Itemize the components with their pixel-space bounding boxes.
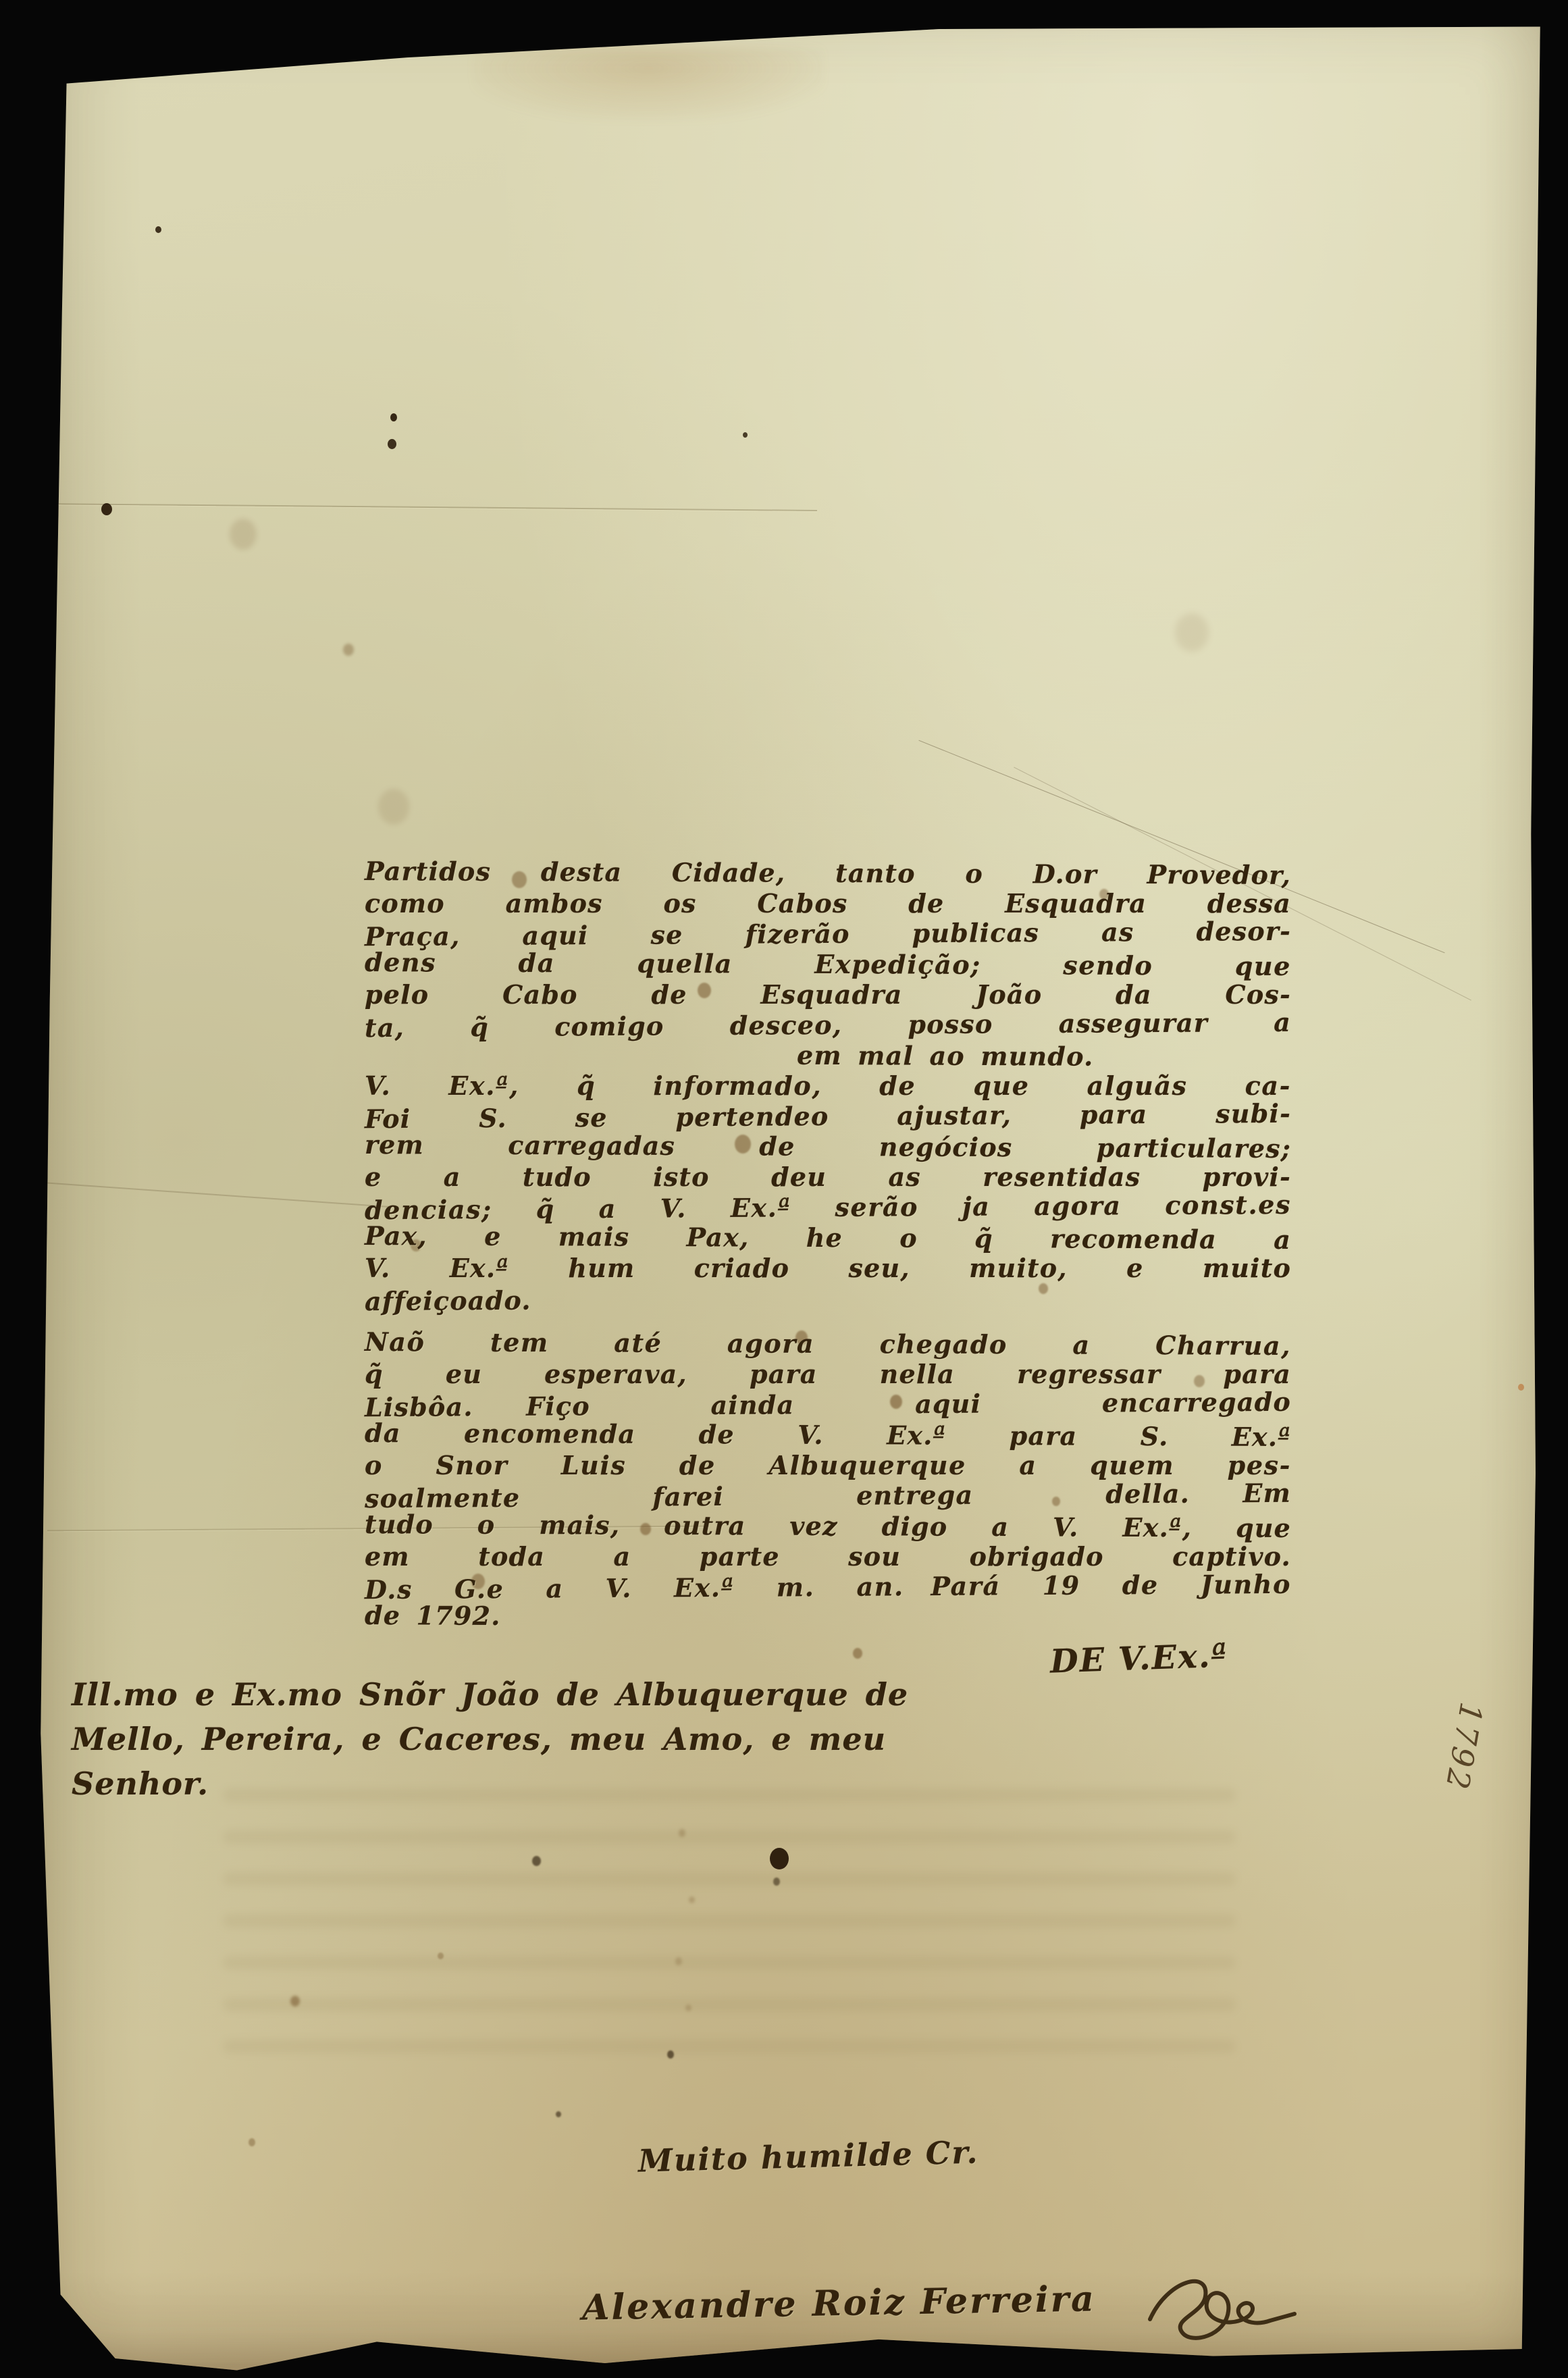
ink-stain	[679, 1829, 685, 1837]
address-line: Senhor.	[72, 1761, 1125, 1806]
verso-bleed-line	[223, 1998, 1236, 2011]
manuscript-line: e a tudo isto deu as resentidas provi-	[365, 1162, 1291, 1192]
margin-year-note: 1792	[1434, 1700, 1490, 1819]
manuscript-line: rem carregadas de negócios particulares;	[365, 1129, 1291, 1164]
manuscript-line: Pax, e mais Pax, he o q̃ recomenda a	[365, 1220, 1291, 1255]
manuscript-line: da encomenda de V. Ex.ª para S. Ex.ª	[365, 1418, 1291, 1452]
manuscript-line: affeiçoado.	[365, 1281, 1291, 1316]
manuscript-line: soalmente farei entrega della. Em	[365, 1478, 1291, 1514]
ink-stain	[249, 2138, 255, 2146]
ink-stain	[853, 1648, 862, 1659]
manuscript-line: Praça, aqui se fizerão publicas as desor…	[365, 916, 1291, 952]
manuscript-line: D.s G.e a V. Ex.ª m. an. Pará 19 de Junh…	[365, 1569, 1291, 1605]
water-stain	[473, 46, 824, 120]
ink-stain	[743, 432, 748, 438]
verso-bleed-line	[223, 2040, 1236, 2053]
fold-crease	[41, 1182, 392, 1208]
ink-stain	[290, 1996, 300, 2007]
manuscript-line: ta, q̃ comigo desceo, posso assegurar a	[365, 1007, 1291, 1043]
ink-stain	[773, 1878, 780, 1886]
manuscript-line: como ambos os Cabos de Esquadra dessa	[365, 888, 1291, 919]
ink-stain	[390, 413, 397, 421]
manuscript-line: o Snor Luis de Albuquerque a quem pes-	[365, 1450, 1291, 1480]
manuscript-line: Foi S. se pertendeo ajustar, para subi-	[365, 1098, 1291, 1134]
closing-line: Muito humilde Cr.	[637, 2134, 979, 2179]
ink-stain	[667, 2050, 674, 2059]
ink-stain	[230, 519, 257, 550]
verso-bleed-line	[223, 1830, 1236, 1844]
signature: Alexandre Roiz Ferreira	[582, 2278, 1097, 2328]
ink-stain	[685, 2005, 691, 2011]
fold-crease	[41, 503, 817, 511]
ink-stain	[689, 1896, 695, 1903]
verso-bleed-line	[223, 1914, 1236, 1928]
manuscript-line: de 1792.	[365, 1600, 1291, 1634]
ink-stain	[532, 1856, 541, 1866]
manuscript-line: V. Ex.ª hum criado seu, muito, e muito	[365, 1253, 1291, 1283]
manuscript-line: em mal ao mundo.	[365, 1038, 1291, 1072]
ink-stain	[438, 1953, 444, 1959]
photo-background: Partidos desta Cidade, tanto o D.or Prov…	[0, 0, 1568, 2378]
ink-stain	[770, 1848, 789, 1869]
manuscript-line: pelo Cabo de Esquadra João da Cos-	[365, 979, 1291, 1010]
ink-stain	[675, 1957, 682, 1965]
verso-bleed-line	[223, 1956, 1236, 1969]
ink-stain	[1518, 1384, 1524, 1391]
address-block: Ill.mo e Ex.mo Snõr João de Albuquerque …	[72, 1672, 1125, 1806]
manuscript-line: q̃ eu esperava, para nella regressar par…	[365, 1359, 1291, 1389]
manuscript-line: dens da quella Expedição; sendo que	[365, 947, 1291, 981]
ink-stain	[1175, 613, 1209, 652]
address-line: Mello, Pereira, e Caceres, meu Amo, e me…	[72, 1717, 1125, 1761]
manuscript-line: V. Ex.ª, q̃ informado, de que alguãs ca-	[365, 1070, 1291, 1101]
manuscript-line: dencias; q̃ a V. Ex.ª serão ja agora con…	[365, 1189, 1291, 1225]
letter-page: Partidos desta Cidade, tanto o D.or Prov…	[27, 5, 1548, 2373]
ink-stain	[388, 439, 396, 449]
signature-rubric-icon	[1145, 2267, 1300, 2357]
ink-stain	[101, 503, 112, 515]
manuscript-line: tudo o mais, outra vez digo a V. Ex.ª, q…	[365, 1509, 1291, 1543]
manuscript-line: Lisbôa. Fiço ainda aqui encarregado	[365, 1387, 1291, 1422]
ink-stain	[378, 789, 409, 825]
verso-bleed-line	[223, 1872, 1236, 1886]
address-line: Ill.mo e Ex.mo Snõr João de Albuquerque …	[72, 1672, 1125, 1717]
ink-stain	[556, 2111, 561, 2117]
manuscript-line: Naõ tem até agora chegado a Charrua,	[365, 1326, 1291, 1361]
ink-stain	[155, 226, 161, 233]
letter-body: Partidos desta Cidade, tanto o D.or Prov…	[365, 858, 1291, 1632]
manuscript-line: em toda a parte sou obrigado captivo.	[365, 1541, 1291, 1572]
manuscript-line: Partidos desta Cidade, tanto o D.or Prov…	[365, 856, 1291, 890]
ink-stain	[343, 644, 354, 656]
